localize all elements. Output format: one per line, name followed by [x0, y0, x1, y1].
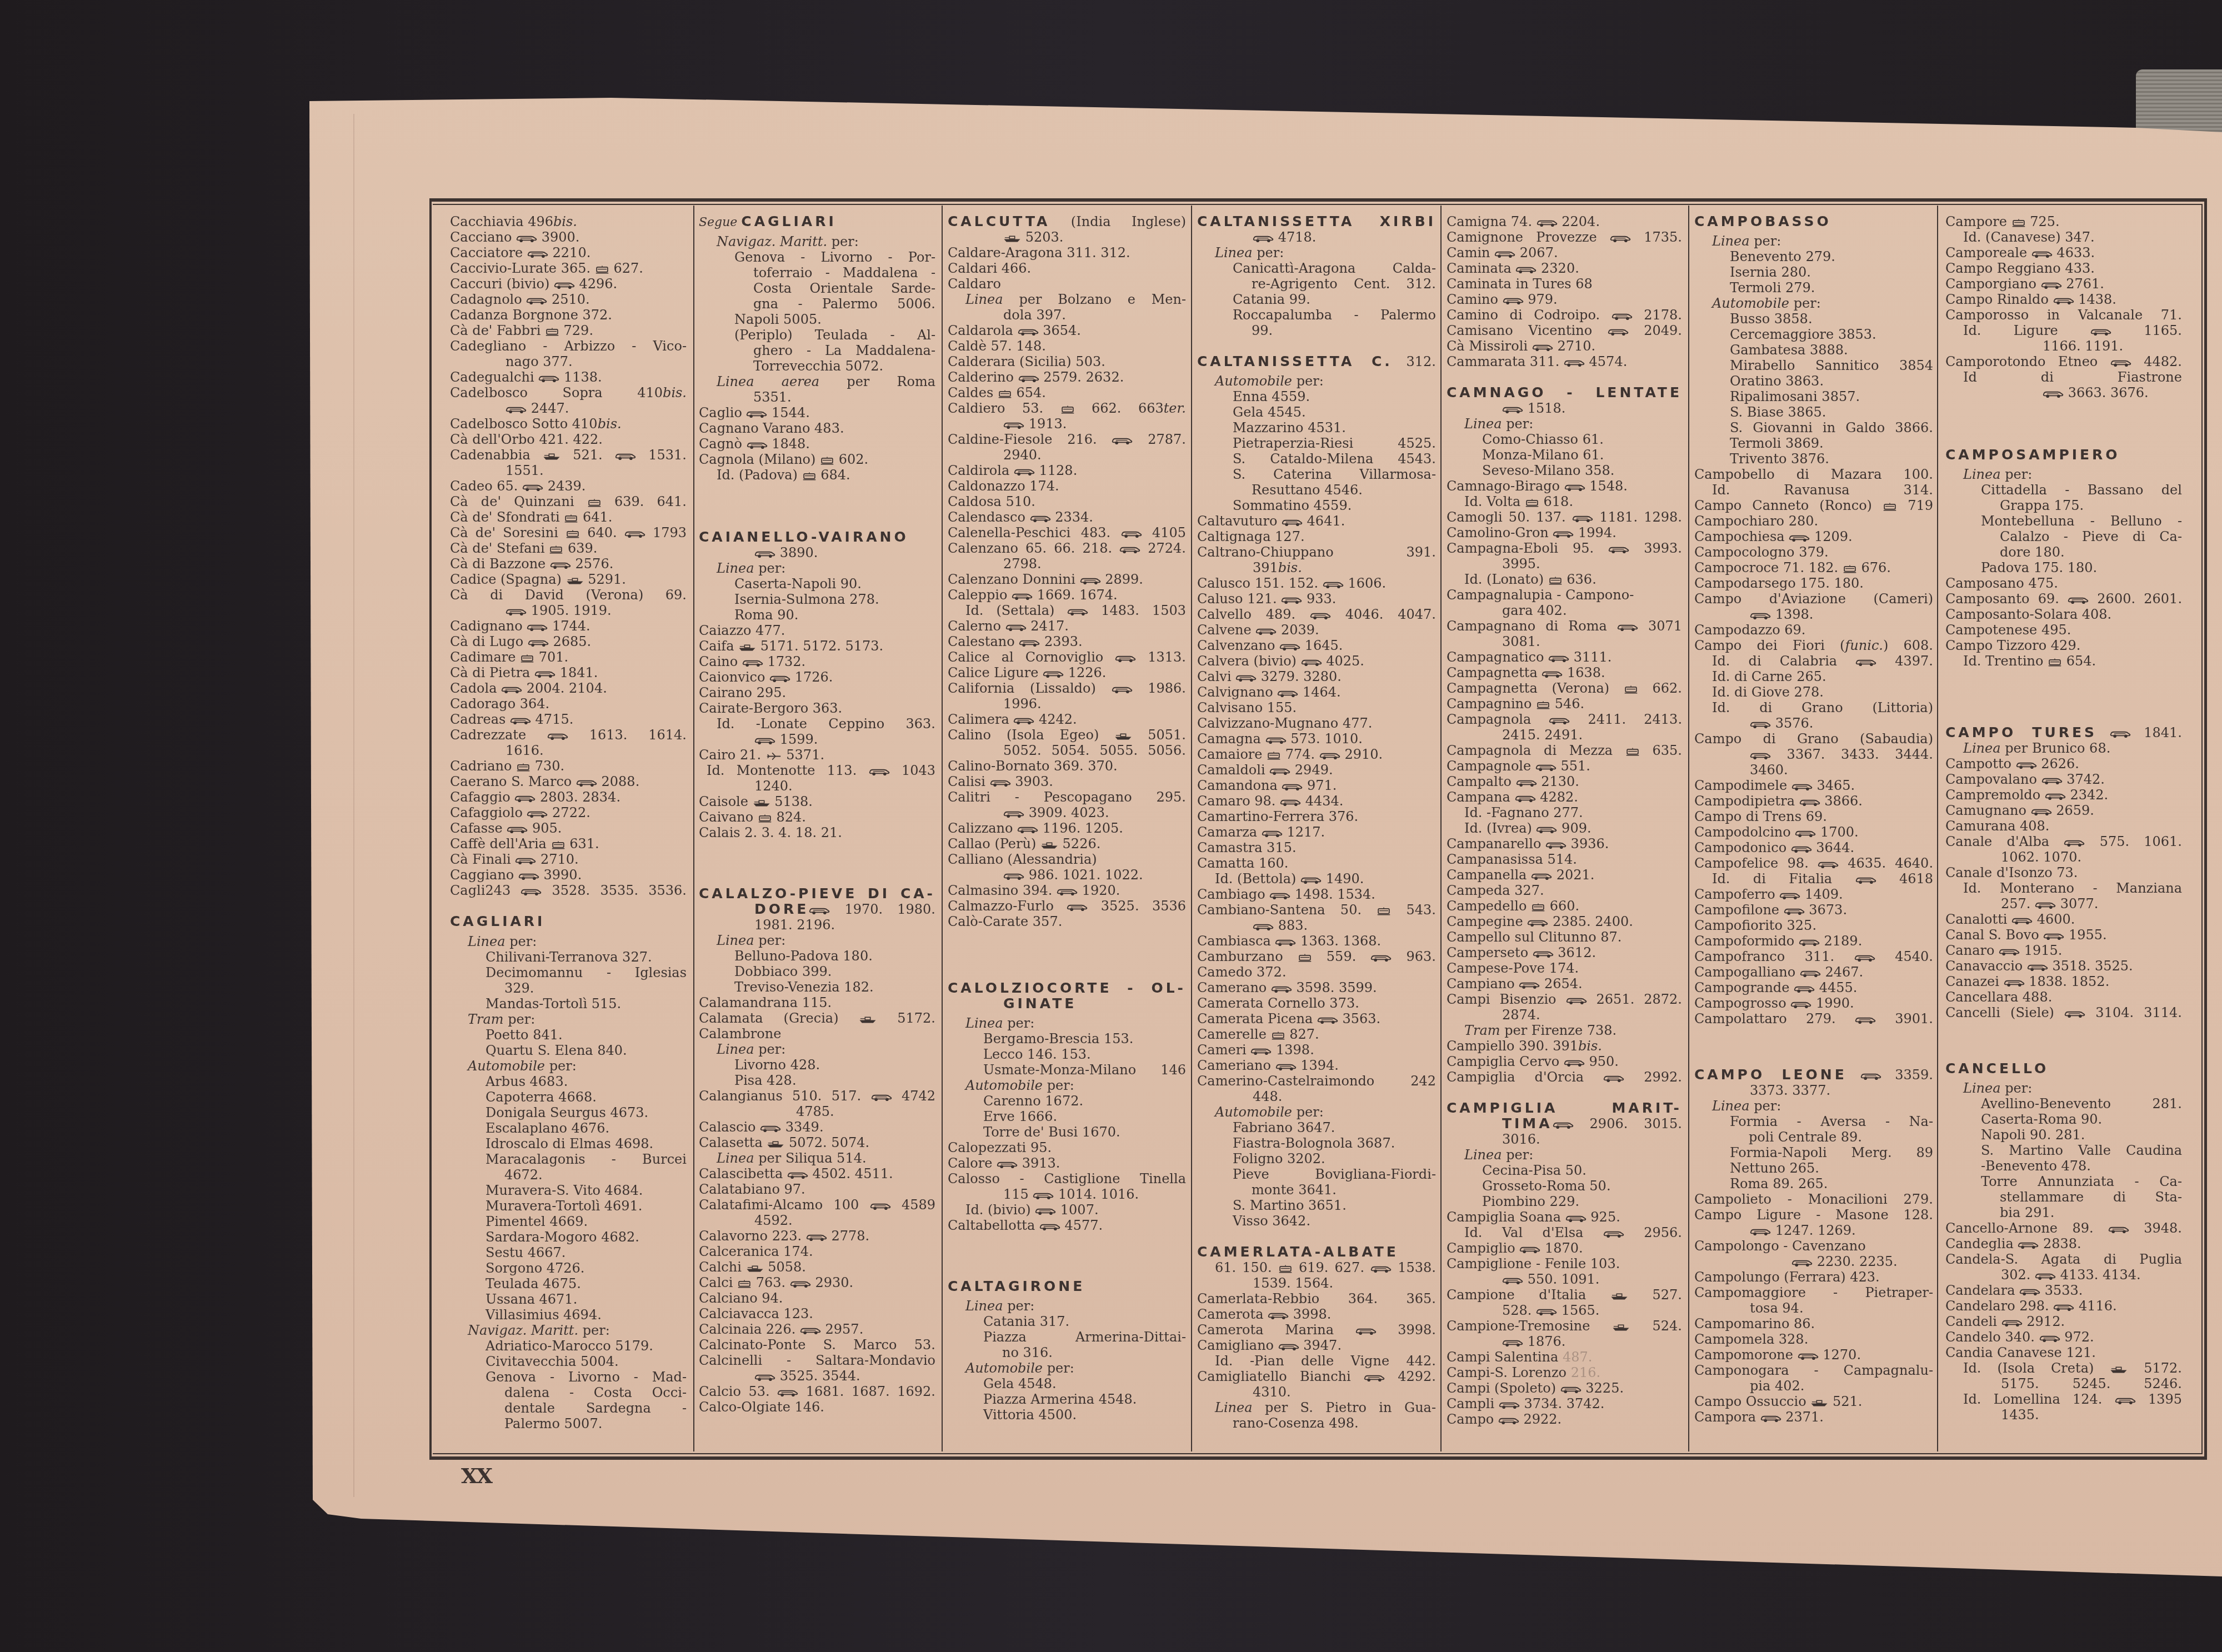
- entry-text: Campogalliano: [1694, 964, 1800, 980]
- index-entry: Camisano Vicentino 2049.: [1447, 323, 1682, 338]
- index-entry: Chilivani-Terranova 327.: [450, 949, 687, 965]
- spacer: [1945, 1077, 2182, 1080]
- index-entry: Camerelle 827.: [1197, 1027, 1436, 1042]
- entry-text: 1996.: [1003, 696, 1042, 712]
- index-entry: 4592.: [699, 1213, 935, 1228]
- index-entry: Caldare-Aragona 311. 312.: [948, 245, 1186, 261]
- bus-icon: [1370, 954, 1392, 962]
- entry-text: Caiazzo 477.: [699, 623, 785, 638]
- entry-text: Canalotti: [1945, 912, 2011, 927]
- tram-icon: [1843, 565, 1857, 573]
- bus-icon: [550, 561, 571, 569]
- index-entry: S. Giovanni in Galdo 3866.: [1694, 420, 1933, 435]
- index-entry: Camerota Marina 3998.: [1197, 1322, 1436, 1338]
- index-entry: Caldè 57. 148.: [948, 338, 1186, 354]
- index-entry: Erve 1666.: [948, 1109, 1186, 1124]
- index-entry: Livorno 428.: [699, 1057, 935, 1073]
- index-entry: Calderino 2579. 2632.: [948, 369, 1186, 385]
- italic-label: Linea: [965, 1298, 1003, 1314]
- entry-text: Cadrezzate: [450, 727, 547, 743]
- index-entry: Canicattì-Aragona Calda-: [1197, 261, 1436, 276]
- entry-text: Camaiore: [1197, 747, 1267, 762]
- entry-text: Calenzano 65. 66. 218.: [948, 540, 1119, 556]
- index-entry: Calceranica 174.: [699, 1244, 935, 1259]
- entry-text: Caisole: [699, 794, 753, 809]
- entry-text: 4718.: [1274, 229, 1316, 245]
- bus-icon: [1235, 674, 1257, 682]
- italic-label: Linea: [1963, 467, 2001, 482]
- entry-text: Campochiaro 280.: [1694, 513, 1818, 529]
- index-entry: 5203.: [948, 229, 1186, 245]
- spacer: [1197, 338, 1436, 354]
- index-entry: Termoli 3869.: [1694, 435, 1933, 451]
- entry-text: Cacchiavia 496: [450, 214, 553, 229]
- entry-text: Caggiano: [450, 867, 518, 883]
- index-entry: stellammare di Sta-: [1945, 1189, 2182, 1205]
- entry-text: Camporosso in Valcanale 71.: [1945, 307, 2182, 323]
- index-entry: Campofranco 311. 4540.: [1694, 949, 1933, 964]
- index-entry: Calvignano 1464.: [1197, 684, 1436, 700]
- index-entry: Campodonico 3644.: [1694, 840, 1933, 855]
- index-entry: Camporosso in Valcanale 71.: [1945, 307, 2182, 323]
- entry-text: 1490.: [1322, 871, 1364, 887]
- entry-text: Calvisano 155.: [1197, 700, 1297, 715]
- index-entry: 1539. 1564.: [1197, 1275, 1436, 1291]
- book-page-stack: [2136, 69, 2222, 133]
- index-entry: Calmazzo-Furlo 3525. 3536: [948, 898, 1186, 914]
- bus-icon: [2110, 359, 2131, 367]
- entry-text: 4589: [891, 1197, 935, 1213]
- entry-text: Calais 2. 3. 4. 18. 21.: [699, 825, 842, 840]
- bus-icon: [1003, 872, 1024, 880]
- index-entry: Roma 89. 265.: [1694, 1176, 1933, 1192]
- boat-icon: [543, 452, 560, 460]
- index-entry: Caffè dell'Aria 631.: [450, 836, 687, 852]
- entry-text: Cadanza Borgnone 372.: [450, 307, 612, 323]
- bus-icon: [534, 670, 555, 678]
- entry-text: Calambrone: [699, 1026, 781, 1042]
- index-entry: Campalto 2130.: [1447, 774, 1682, 789]
- entry-text: re-Agrigento Cent. 312.: [1252, 276, 1436, 292]
- entry-text: 3528. 3535. 3536.: [542, 883, 687, 898]
- bus-icon: [1250, 1047, 1272, 1055]
- index-entry: Cà de' Quinzani 639. 641.: [450, 494, 687, 509]
- index-entry: gna - Palermo 5006.: [699, 296, 935, 312]
- entry-text: 662. 663: [1075, 401, 1164, 416]
- italic-label: Linea: [1712, 233, 1750, 249]
- index-entry: Linea per:: [948, 1298, 1186, 1314]
- italic-label: ter.: [1164, 401, 1186, 416]
- entry-text: Campana: [1447, 789, 1515, 805]
- bus-icon: [1549, 717, 1570, 725]
- index-entry: Nettuno 265.: [1694, 1160, 1933, 1176]
- index-entry: Busso 3858.: [1694, 311, 1933, 327]
- index-entry: Roma 90.: [699, 607, 935, 623]
- entry-text: ) 608.: [1883, 638, 1933, 653]
- spacer: [948, 1233, 1186, 1278]
- index-entry: 2447.: [450, 401, 687, 416]
- index-entry: Automobile per:: [948, 1360, 1186, 1376]
- entry-text: dentale Sardegna -: [504, 1400, 687, 1416]
- entry-text: 3998.: [1289, 1306, 1331, 1322]
- index-entry: Catania 99.: [1197, 292, 1436, 307]
- entry-text: Gela 4548.: [983, 1376, 1057, 1391]
- boat-icon: [753, 799, 770, 807]
- entry-text: Avellino-Benevento 281.: [1981, 1096, 2182, 1112]
- entry-text: Cameriano: [1197, 1058, 1275, 1073]
- index-entry: Campore 725.: [1945, 214, 2182, 229]
- entry-text: 2910.: [1340, 747, 1383, 762]
- entry-text: Caserta-Napoli 90.: [734, 576, 862, 592]
- italic-label: Linea: [1215, 245, 1253, 261]
- index-entry: Como-Chiasso 61.: [1447, 432, 1682, 447]
- entry-text: S. Caterina Villarmosa-: [1233, 467, 1436, 482]
- section-heading: CAMPOSAMPIERO: [1945, 447, 2182, 463]
- heading-text: CAMERLATA-ALBATE: [1197, 1244, 1399, 1260]
- italic-label: Linea: [717, 1042, 754, 1057]
- entry-text: Campolieto - Monacilioni 279.: [1694, 1192, 1933, 1207]
- entry-text: 521.: [560, 447, 615, 463]
- entry-text: Calino (Isola Egeo): [948, 727, 1114, 743]
- entry-text: Caldare-Aragona 311. 312.: [948, 245, 1130, 261]
- entry-text: Cadreas: [450, 712, 510, 727]
- index-entry: Seveso-Milano 358.: [1447, 463, 1682, 478]
- index-entry: Navigaz. Maritt. per:: [699, 234, 935, 249]
- bus-icon: [2016, 761, 2037, 769]
- entry-text: Torrevecchia 5072.: [753, 358, 883, 374]
- index-entry: Poetto 841.: [450, 1027, 687, 1043]
- index-entry: Campli 3734. 3742.: [1447, 1396, 1682, 1411]
- entry-text: Campodipietra: [1694, 793, 1799, 809]
- index-entry: Campagnino 546.: [1447, 696, 1682, 712]
- index-entry: Campana 4282.: [1447, 789, 1682, 805]
- entry-text: Catania 317.: [983, 1314, 1069, 1329]
- entry-text: 2189.: [1820, 933, 1862, 949]
- entry-text: per:: [1789, 296, 1821, 311]
- entry-text: per:: [754, 560, 786, 576]
- boat-icon: [767, 1140, 784, 1148]
- index-entry: poli Centrale 89.: [1694, 1129, 1933, 1145]
- entry-text: 1915.: [2020, 943, 2062, 958]
- entry-text: Campanasissa 514.: [1447, 852, 1577, 867]
- boat-icon: [1003, 234, 1021, 243]
- index-entry: Campremoldo 2342.: [1945, 787, 2182, 803]
- bus-icon: [1999, 948, 2020, 956]
- italic-label: Segue: [699, 216, 741, 229]
- entry-text: 3866.: [1820, 793, 1863, 809]
- entry-text: [1847, 1067, 1860, 1083]
- index-entry: Fiastra-Bolognola 3687.: [1197, 1135, 1436, 1151]
- index-entry: Cafaggio 2803. 2834.: [450, 789, 687, 805]
- entry-text: 573. 1010.: [1287, 731, 1363, 747]
- entry-text: Quartu S. Elena 840.: [486, 1043, 627, 1058]
- index-entry: Camastra 315.: [1197, 840, 1436, 855]
- entry-text: Cadimare: [450, 649, 520, 665]
- entry-text: Dobbiaco 399.: [734, 964, 832, 979]
- entry-text: Campolongo - Cavenzano: [1694, 1238, 1866, 1254]
- index-entry: Camperseto 3612.: [1447, 945, 1682, 960]
- entry-text: 5058.: [764, 1259, 806, 1275]
- bus-icon: [501, 685, 522, 694]
- entry-text: Torre Annunziata - Ca-: [1981, 1174, 2182, 1189]
- bus-icon: [1323, 580, 1344, 589]
- index-entry: Grosseto-Roma 50.: [1447, 1178, 1682, 1194]
- entry-text: Camatta 160.: [1197, 855, 1288, 871]
- entry-text: Termoli 279.: [1730, 280, 1815, 296]
- index-entry: Campo Rinaldo 1438.: [1945, 292, 2182, 307]
- entry-text: Camnago-Birago: [1447, 478, 1564, 494]
- bus-icon: [1537, 219, 1558, 227]
- index-entry: Cadorago 364.: [450, 696, 687, 712]
- index-entry: 3081.: [1447, 634, 1682, 649]
- bus-icon: [1548, 654, 1569, 663]
- section-heading: CAMPO TURES 1841.: [1945, 725, 2182, 740]
- entry-text: Id. (Canavese) 347.: [1963, 229, 2095, 245]
- section-heading: CAGLIARI: [450, 914, 687, 929]
- entry-text: Calcinato-Ponte S. Marco 53.: [699, 1337, 935, 1353]
- entry-text: Camogli 50. 137.: [1447, 509, 1572, 525]
- entry-text: 1181. 1298.: [1593, 509, 1682, 525]
- entry-text: per:: [545, 1058, 577, 1074]
- entry-text: Campiglio: [1447, 1240, 1519, 1256]
- entry-text: 1613. 1614.: [568, 727, 687, 743]
- index-entry: Camogli 50. 137. 1181. 1298.: [1447, 509, 1682, 525]
- index-entry: dalena - Costa Occi-: [450, 1385, 687, 1400]
- index-entry: 329.: [450, 980, 687, 996]
- index-entry: Ussana 4671.: [450, 1291, 687, 1307]
- bus-icon: [506, 608, 527, 616]
- entry-text: Campese-Pove 174.: [1447, 960, 1579, 976]
- bus-icon: [1057, 888, 1078, 896]
- entry-text: 1226.: [1064, 665, 1106, 680]
- index-entry: Caldaro: [948, 276, 1186, 292]
- bus-icon: [1565, 1214, 1587, 1223]
- index-entry: no 316.: [948, 1345, 1186, 1360]
- section-heading: CALCUTTA (India Inglese): [948, 214, 1186, 229]
- tram-icon: [998, 390, 1012, 398]
- index-entry: Camerano 3598. 3599.: [1197, 980, 1436, 995]
- entry-text: 2930.: [811, 1275, 853, 1290]
- entry-text: per:: [1502, 416, 1534, 432]
- bus-icon: [2027, 963, 2048, 972]
- italic-label: Linea: [1464, 1147, 1502, 1163]
- entry-text: Camposano 475.: [1945, 575, 2058, 591]
- entry-text: 3525. 3544.: [775, 1368, 860, 1384]
- entry-text: 2039.: [1277, 622, 1319, 638]
- bus-icon: [870, 1202, 891, 1210]
- index-entry: Linea per:: [1694, 1098, 1933, 1114]
- entry-text: Id. -Pian delle Vigne 442.: [1215, 1353, 1436, 1369]
- entry-text: Calice Ligure: [948, 665, 1043, 680]
- entry-text: Campagna-Eboli 95.: [1447, 540, 1608, 556]
- bus-icon: [747, 441, 768, 449]
- index-entry: Cagnano Varano 483.: [699, 420, 935, 436]
- bus-icon: [2031, 250, 2053, 258]
- entry-text: Cecina-Pisa 50.: [1482, 1163, 1587, 1178]
- bus-icon: [1043, 670, 1064, 678]
- entry-text: 676.: [1857, 560, 1891, 575]
- italic-label: Linea: [717, 933, 754, 948]
- index-entry: Monza-Milano 61.: [1447, 447, 1682, 463]
- entry-text: Campagnole: [1447, 758, 1535, 774]
- bus-icon: [871, 1093, 892, 1102]
- entry-text: 1970. 1980.: [830, 902, 935, 917]
- index-entry: Campagna-Eboli 95. 3993.: [1447, 540, 1682, 556]
- bus-icon: [1533, 950, 1554, 958]
- italic-label: Linea: [717, 1150, 754, 1166]
- italic-label: Linea: [468, 934, 506, 949]
- entry-text: 5226.: [1058, 836, 1100, 852]
- index-entry: Piazza Armerina-Dittai-: [948, 1329, 1186, 1345]
- index-entry: Trivento 3876.: [1694, 451, 1933, 467]
- entry-text: Campodarsego 175. 180.: [1694, 575, 1864, 591]
- entry-text: 2992.: [1624, 1069, 1682, 1085]
- index-entry: Campodimele 3465.: [1694, 778, 1933, 793]
- entry-text: 2210.: [548, 245, 590, 261]
- index-entry: Sommatino 4559.: [1197, 498, 1436, 513]
- index-entry: Id. Lomellina 124. 1395: [1945, 1391, 2182, 1407]
- entry-text: Calenella-Peschici 483.: [948, 525, 1121, 540]
- spacer: [1694, 1027, 1933, 1067]
- italic-label: funic.: [1845, 638, 1883, 653]
- entry-text: Campoferro: [1694, 887, 1779, 902]
- bus-icon: [1277, 689, 1298, 698]
- index-entry: Campoformido 2189.: [1694, 933, 1933, 949]
- entry-text: Pieve Bovigliana-Fiordi-: [1233, 1167, 1436, 1182]
- italic-label: bis.: [1278, 560, 1302, 575]
- entry-text: Livorno 428.: [734, 1057, 820, 1073]
- entry-text: Termoli 3869.: [1730, 435, 1824, 451]
- entry-text: Piombino 229.: [1482, 1194, 1579, 1209]
- entry-text: 3644.: [1812, 840, 1854, 855]
- section-heading: CALOLZIOCORTE - OL-: [948, 980, 1186, 996]
- bus-icon: [1281, 596, 1302, 604]
- entry-text: S. Cataldo-Milena 4543.: [1233, 451, 1436, 467]
- bus-icon: [2019, 1288, 2040, 1296]
- entry-text: 2579. 2632.: [1039, 369, 1124, 385]
- index-entry: Caldirola 1128.: [948, 463, 1186, 478]
- index-entry: Caltabellotta 4577.: [948, 1218, 1186, 1233]
- index-entry: Cameriano 1394.: [1197, 1058, 1436, 1073]
- entry-text: Resuttano 4546.: [1252, 482, 1363, 498]
- bus-icon: [1012, 592, 1033, 600]
- index-entry: Fabriano 3647.: [1197, 1120, 1436, 1135]
- tram-icon: [551, 841, 565, 849]
- entry-text: Gambatesa 3888.: [1730, 342, 1848, 358]
- index-entry: Campiglio 1870.: [1447, 1240, 1682, 1256]
- entry-text: Capoterra 4668.: [486, 1089, 597, 1105]
- bus-icon: [1515, 794, 1536, 803]
- index-entry: Tram per:: [450, 1012, 687, 1027]
- entry-text: 3901.: [1876, 1011, 1933, 1027]
- entry-text: 1990.: [1811, 995, 1854, 1011]
- entry-text: per:: [1043, 1078, 1074, 1093]
- italic-label: bis.: [553, 214, 577, 229]
- bus-icon: [869, 768, 890, 776]
- bus-icon: [514, 794, 536, 803]
- entry-text: 2899.: [1101, 572, 1143, 587]
- index-entry: Piazza Armerina 4548.: [948, 1391, 1186, 1407]
- entry-text: 3077.: [2056, 896, 2098, 912]
- spacer: [1197, 369, 1436, 373]
- index-entry: dentale Sardegna -: [450, 1400, 687, 1416]
- index-entry: Campagnole 551.: [1447, 758, 1682, 774]
- entry-text: pia 402.: [1750, 1378, 1804, 1394]
- entry-text: Cairano 295.: [699, 685, 786, 700]
- index-column-3: CALCUTTA (India Inglese) 5203.Caldare-Ar…: [942, 214, 1192, 1450]
- entry-text: Calmasino 394.: [948, 883, 1057, 898]
- index-entry: Calore 3913.: [948, 1155, 1186, 1171]
- index-entry: Torre Annunziata - Ca-: [1945, 1174, 2182, 1189]
- index-entry: Calangianus 510. 517. 4742: [699, 1088, 935, 1104]
- italic-label: Linea: [1215, 1400, 1253, 1415]
- bus-icon: [1319, 752, 1340, 760]
- bus-icon: [997, 1160, 1018, 1169]
- entry-text: 4292.: [1385, 1369, 1436, 1384]
- spacer: [1197, 1229, 1436, 1244]
- entry-text: 639. 641.: [602, 494, 687, 509]
- index-entry: Calci 763. 2930.: [699, 1275, 935, 1290]
- bus-icon: [1560, 1385, 1582, 1394]
- entry-text: 2724.: [1140, 540, 1186, 556]
- entry-text: 3654.: [1039, 323, 1081, 338]
- section-heading: CAMPOBASSO: [1694, 214, 1933, 229]
- entry-text: 1363. 1368.: [1296, 933, 1381, 949]
- entry-text: Calamandrana 115.: [699, 995, 832, 1010]
- index-entry: Campocroce 71. 182. 676.: [1694, 560, 1933, 575]
- index-entry: Campagnalupia - Campono-: [1447, 587, 1682, 603]
- index-entry: Caldarola 3654.: [948, 323, 1186, 338]
- index-entry: Calatafimi-Alcamo 100 4589: [699, 1197, 935, 1213]
- entry-text: Treviso-Venezia 182.: [734, 979, 874, 995]
- index-entry: Campodolcino 1700.: [1694, 824, 1933, 840]
- entry-text: tosa 94.: [1750, 1300, 1804, 1316]
- index-entry: Camigna 74. 2204.: [1447, 214, 1682, 229]
- heading-text: CAMPIGLIA MARIT-: [1447, 1100, 1682, 1116]
- index-entry: Quartu S. Elena 840.: [450, 1043, 687, 1058]
- entry-text: 963.: [1392, 949, 1436, 964]
- entry-text: Candelaro 298.: [1945, 1298, 2053, 1314]
- index-entry: tosa 94.: [1694, 1300, 1933, 1316]
- entry-text: S. Biase 3865.: [1730, 404, 1826, 420]
- index-entry: Calcio 53. 1681. 1687. 1692.: [699, 1384, 935, 1399]
- index-entry: Cafasse 905.: [450, 820, 687, 836]
- entry-text: 639.: [563, 540, 597, 556]
- bus-icon: [1515, 266, 1537, 274]
- index-entry: Cadice (Spagna) 5291.: [450, 572, 687, 587]
- entry-text: Caerano S. Marco: [450, 774, 576, 789]
- entry-text: 2949.: [1290, 762, 1333, 778]
- index-entry: Grappa 175.: [1945, 498, 2182, 513]
- index-entry: Avellino-Benevento 281.: [1945, 1096, 2182, 1112]
- entry-text: Calice al Cornoviglio: [948, 649, 1115, 665]
- entry-text: Campo Ossuccio: [1694, 1394, 1810, 1409]
- entry-text: Caleppio: [948, 587, 1012, 603]
- entry-text: 546.: [1550, 696, 1584, 712]
- entry-text: Campomorone: [1694, 1347, 1798, 1363]
- entry-text: Cadenabbia: [450, 447, 543, 463]
- entry-text: 1270.: [1819, 1347, 1861, 1363]
- index-entry: Id. Volta 618.: [1447, 494, 1682, 509]
- entry-text: 5072. 5074.: [784, 1135, 869, 1150]
- entry-text: Camarza: [1197, 824, 1262, 840]
- bus-icon: [527, 250, 548, 258]
- entry-text: Campi-S. Lorenzo: [1447, 1365, 1571, 1380]
- bus-icon: [1502, 1276, 1523, 1285]
- boat-icon: [1610, 1292, 1628, 1300]
- entry-text: Caminata: [1447, 261, 1515, 276]
- entry-text: 2334.: [1051, 509, 1093, 525]
